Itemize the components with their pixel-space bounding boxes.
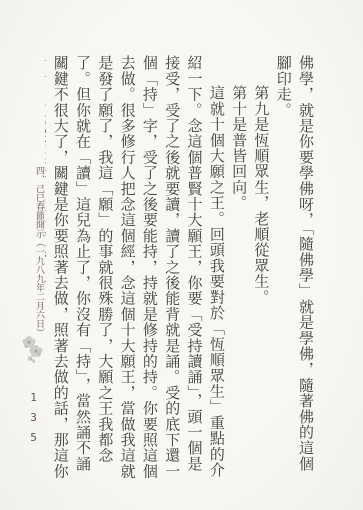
plum-blossom-stamp-icon [19, 334, 47, 366]
page-number: 135 [27, 391, 40, 451]
paragraph-tenth-vow: 第十是普皆回向。 [228, 55, 250, 480]
paragraph-ten-vows-explanation: 這就十個大願之王。回頭我要對於「恆順眾生」重點的介紹一下。念這個普賢十大願王，你… [45, 55, 228, 480]
main-text-block: 佛學，就是你要學佛呀，「隨佛學」就是學佛，隨著佛的這個腳印走。 第九是恆順眾生，… [45, 55, 317, 480]
paragraph-continuation: 佛學，就是你要學佛呀，「隨佛學」就是學佛，隨著佛的這個腳印走。 [272, 55, 317, 480]
margin-note: 四、己巳春節開示（一九八九年二月六日） [32, 166, 45, 344]
book-page: 佛學，就是你要學佛呀，「隨佛學」就是學佛，隨著佛的這個腳印走。 第九是恆順眾生，… [0, 0, 363, 510]
paragraph-ninth-vow: 第九是恆順眾生，老順從眾生。 [250, 55, 272, 480]
